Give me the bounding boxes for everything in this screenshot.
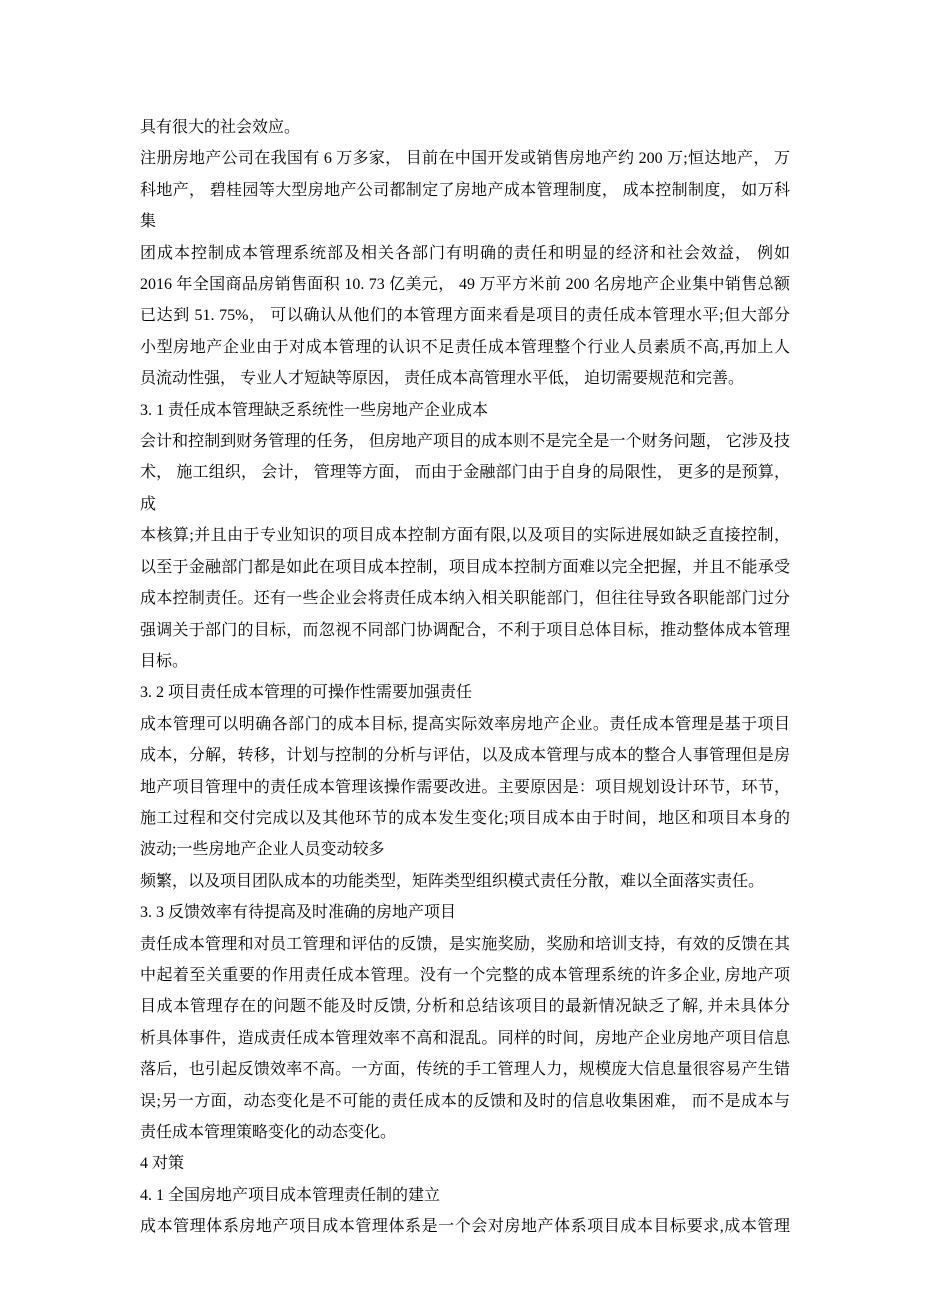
text-line: 已达到 51. 75%， 可以确认从他们的本管理方面来看是项目的责任成本管理水平… — [140, 300, 790, 331]
text-line: 科地产， 碧桂园等大型房地产公司都制定了房地产成本管理制度， 成本控制制度， 如… — [140, 175, 790, 238]
heading-line: 4. 1 全国房地产项目成本管理责任制的建立 — [140, 1180, 790, 1211]
text-line: 团成本控制成本管理系统部及相关各部门有明确的责任和明显的经济和社会效益， 例如 — [140, 238, 790, 269]
text-line: 目标。 — [140, 646, 790, 677]
text-line: 会计和控制到财务管理的任务， 但房地产项目的成本则不是完全是一个财务问题， 它涉… — [140, 426, 790, 457]
text-line: 析具体事件，造成责任成本管理效率不高和混乱。同样的时间，房地产企业房地产项目信息 — [140, 1023, 790, 1054]
text-line: 中起着至关重要的作用责任成本管理。没有一个完整的成本管理系统的许多企业, 房地产… — [140, 960, 790, 991]
text-line: 具有很大的社会效应。 — [140, 112, 790, 143]
document-page: 具有很大的社会效应。注册房地产公司在我国有 6 万多家， 目前在中国开发或销售房… — [0, 0, 926, 1309]
text-line: 波动;一些房地产企业人员变动较多 — [140, 834, 790, 865]
text-line: 本核算;并且由于专业知识的项目成本控制方面有限,以及项目的实际进展如缺乏直接控制… — [140, 520, 790, 551]
text-line: 强调关于部门的目标，而忽视不同部门协调配合，不利于项目总体目标，推动整体成本管理 — [140, 615, 790, 646]
text-line: 成本，分解，转移，计划与控制的分析与评估，以及成本管理与成本的整合人事管理但是房 — [140, 740, 790, 771]
text-line: 注册房地产公司在我国有 6 万多家， 目前在中国开发或销售房地产约 200 万;… — [140, 143, 790, 174]
text-line: 成本控制责任。还有一些企业会将责任成本纳入相关职能部门，但往往导致各职能部门过分 — [140, 583, 790, 614]
text-line: 小型房地产企业由于对成本管理的认识不足责任成本管理整个行业人员素质不高,再加上人 — [140, 332, 790, 363]
text-line: 地产项目管理中的责任成本管理该操作需要改进。主要原因是：项目规划设计环节，环节， — [140, 772, 790, 803]
text-line: 施工过程和交付完成以及其他环节的成本发生变化;项目成本由于时间，地区和项目本身的 — [140, 803, 790, 834]
text-line: 术， 施工组织， 会计， 管理等方面， 而由于金融部门由于自身的局限性， 更多的… — [140, 457, 790, 520]
text-line: 频繁，以及项目团队成本的功能类型，矩阵类型组织模式责任分散，难以全面落实责任。 — [140, 866, 790, 897]
text-line: 成本管理可以明确各部门的成本目标, 提高实际效率房地产企业。责任成本管理是基于项… — [140, 709, 790, 740]
heading-line: 3. 3 反馈效率有待提高及时准确的房地产项目 — [140, 897, 790, 928]
text-line: 2016 年全国商品房销售面积 10. 73 亿美元， 49 万平方米前 200… — [140, 269, 790, 300]
document-text-block: 具有很大的社会效应。注册房地产公司在我国有 6 万多家， 目前在中国开发或销售房… — [140, 112, 790, 1243]
heading-line: 4 对策 — [140, 1148, 790, 1179]
text-line: 以至于金融部门都是如此在项目成本控制，项目成本控制方面难以完全把握，并且不能承受 — [140, 552, 790, 583]
text-line: 目成本管理存在的问题不能及时反馈, 分析和总结该项目的最新情况缺乏了解, 并未具… — [140, 991, 790, 1022]
text-line: 误;另一方面，动态变化是不可能的责任成本的反馈和及时的信息收集困难， 而不是成本… — [140, 1086, 790, 1117]
text-line: 责任成本管理策略变化的动态变化。 — [140, 1117, 790, 1148]
text-line: 落后，也引起反馈效率不高。一方面，传统的手工管理人力，规模庞大信息量很容易产生错 — [140, 1054, 790, 1085]
heading-line: 3. 2 项目责任成本管理的可操作性需要加强责任 — [140, 677, 790, 708]
text-line: 成本管理体系房地产项目成本管理体系是一个会对房地产体系项目成本目标要求,成本管理 — [140, 1211, 790, 1242]
text-line: 责任成本管理和对员工管理和评估的反馈，是实施奖励，奖励和培训支持，有效的反馈在其 — [140, 929, 790, 960]
heading-line: 3. 1 责任成本管理缺乏系统性一些房地产企业成本 — [140, 395, 790, 426]
text-line: 员流动性强， 专业人才短缺等原因， 责任成本高管理水平低， 迫切需要规范和完善。 — [140, 363, 790, 394]
